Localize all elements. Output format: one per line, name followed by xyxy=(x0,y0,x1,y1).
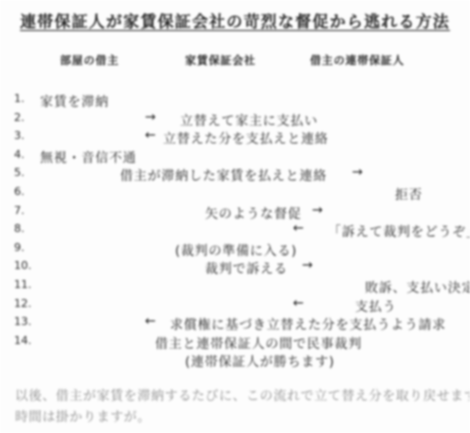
result-note-row: (連帯保証人が勝ちます) xyxy=(0,350,470,369)
flow-step-13: 13. ← 求償権に基づき立替えた分を支払うよう請求 xyxy=(0,313,470,332)
arrow-right-icon: → xyxy=(145,110,157,125)
step-text: (裁判の準備に入る) xyxy=(175,240,297,259)
column-header-joint-guarantor: 借主の連帯保証人 xyxy=(310,52,404,68)
step-text: 「訴えて裁判をどうぞ」 xyxy=(328,221,470,240)
step-number: 7. xyxy=(14,204,25,217)
step-number: 5. xyxy=(14,166,25,179)
flow-step-10: 10. 裁判で訴える → xyxy=(0,257,470,276)
flow-step-4: 4. 無視・音信不通 xyxy=(0,146,470,165)
step-number: 4. xyxy=(14,148,25,161)
arrow-left-icon: ← xyxy=(145,128,157,143)
step-number: 14. xyxy=(14,334,32,347)
flow-step-3: 3. ← 立替えた分を支払えと連絡 xyxy=(0,127,470,146)
step-text: 借主と連帯保証人の間で民事裁判 xyxy=(155,333,362,352)
result-note: (連帯保証人が勝ちます) xyxy=(185,351,335,370)
page-title: 連帯保証人が家賃保証会社の苛烈な督促から逃れる方法 xyxy=(0,9,470,32)
step-text: 支払う xyxy=(355,296,396,315)
step-text: 敗訴、支払い決定 xyxy=(365,277,470,296)
step-number: 1. xyxy=(14,92,25,105)
step-text: 家賃を滞納 xyxy=(40,91,109,110)
flow-step-1: 1. 家賃を滞納 xyxy=(0,90,470,109)
step-text: 借主が滞納した家賃を払えと連絡 xyxy=(120,165,327,184)
step-number: 11. xyxy=(14,278,32,291)
flow-step-12: 12. ← 支払う xyxy=(0,295,470,314)
flow-step-8: 8. ← 「訴えて裁判をどうぞ」 xyxy=(0,220,470,239)
footer-line-1: 以後、借主が家賃を滞納するたびに、この流れで立て替え分を取り戻せます。 xyxy=(15,386,460,407)
step-number: 13. xyxy=(14,315,32,328)
arrow-left-icon: ← xyxy=(145,314,157,329)
footer-paragraph: 以後、借主が家賃を滞納するたびに、この流れで立て替え分を取り戻せます。 時間は掛… xyxy=(15,386,460,428)
arrow-right-icon: → xyxy=(312,203,324,218)
flow-step-7: 7. 矢のような督促 → xyxy=(0,202,470,221)
step-text: 拒否 xyxy=(395,184,423,203)
step-text: 立替えて家主に支払い xyxy=(180,110,318,129)
step-number: 8. xyxy=(14,222,25,235)
footer-line-2: 時間は掛かりますが。 xyxy=(15,407,460,428)
flow-step-5: 5. 借主が滞納した家賃を払えと連絡 → xyxy=(0,164,470,183)
document-page: 連帯保証人が家賃保証会社の苛烈な督促から逃れる方法 部屋の借主 家賃保証会社 借… xyxy=(0,0,470,433)
step-number: 10. xyxy=(14,259,32,272)
flow-step-11: 11. 敗訴、支払い決定 xyxy=(0,276,470,295)
flow-step-6: 6. 拒否 xyxy=(0,183,470,202)
arrow-right-icon: → xyxy=(302,258,314,273)
step-text: 矢のような督促 xyxy=(205,203,302,222)
arrow-left-icon: ← xyxy=(293,296,305,311)
column-headers: 部屋の借主 家賃保証会社 借主の連帯保証人 xyxy=(0,52,470,68)
step-number: 12. xyxy=(14,297,32,310)
step-text: 裁判で訴える xyxy=(205,258,288,277)
column-header-tenant: 部屋の借主 xyxy=(60,52,119,68)
flow-diagram: 1. 家賃を滞納 2. → 立替えて家主に支払い 3. ← 立替えた分を支払えと… xyxy=(0,90,470,369)
step-text: 無視・音信不通 xyxy=(40,147,137,166)
step-number: 6. xyxy=(14,185,25,198)
flow-step-9: 9. (裁判の準備に入る) xyxy=(0,239,470,258)
flow-step-14: 14. 借主と連帯保証人の間で民事裁判 xyxy=(0,332,470,351)
step-text: 求償権に基づき立替えた分を支払うよう請求 xyxy=(170,314,446,333)
arrow-right-icon: → xyxy=(352,165,364,180)
step-number: 9. xyxy=(14,241,25,254)
arrow-left-icon: ← xyxy=(293,221,305,236)
column-header-guarantee-company: 家賃保証会社 xyxy=(185,52,256,68)
step-number: 3. xyxy=(14,129,25,142)
step-text: 立替えた分を支払えと連絡 xyxy=(163,128,329,147)
flow-step-2: 2. → 立替えて家主に支払い xyxy=(0,109,470,128)
step-number: 2. xyxy=(14,111,25,124)
